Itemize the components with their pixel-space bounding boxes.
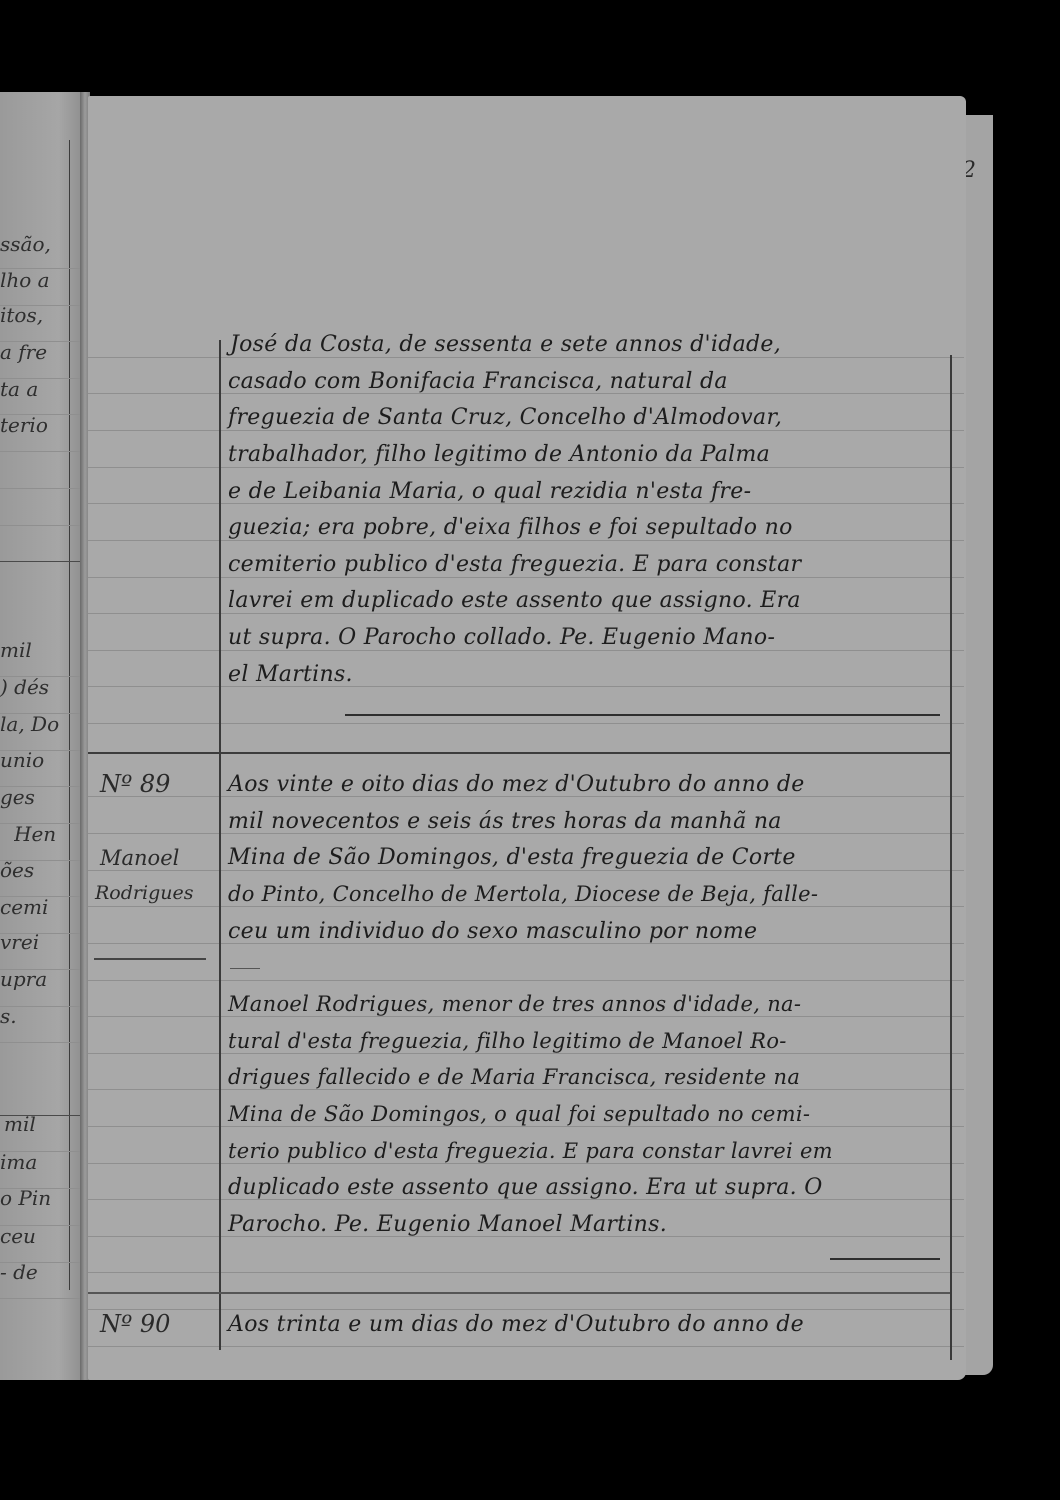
previous-page-text: lho a <box>0 268 68 292</box>
entry-text-line: terio publico d'esta freguezia. E para c… <box>228 1139 833 1163</box>
previous-page-text: mil <box>0 638 68 662</box>
right-margin-line <box>950 355 952 1360</box>
entry-text-line: Mina de São Domingos, d'esta freguezia d… <box>228 845 796 870</box>
previous-page-text: Hen <box>14 822 68 846</box>
entry-text-line: casado com Bonifacia Francisca, natural … <box>228 369 728 394</box>
previous-page-text: itos, <box>0 303 68 327</box>
deceased-name: Rodrigues <box>95 882 193 904</box>
entry-separator <box>88 1292 950 1294</box>
ruled-line <box>0 488 80 489</box>
entry-text-line: Aos trinta e um dias do mez d'Outubro do… <box>228 1312 804 1337</box>
entry-separator <box>88 752 950 754</box>
closing-flourish <box>345 714 940 716</box>
previous-page-text: a fre <box>0 340 68 364</box>
entry-text-line: Aos vinte e oito dias do mez d'Outubro d… <box>228 772 805 797</box>
previous-page-text: ges <box>0 785 68 809</box>
entry-text-line: Mina de São Domingos, o qual foi sepulta… <box>228 1102 810 1126</box>
previous-page-text: o Pin <box>0 1186 68 1210</box>
entry-text-line: José da Costa, de sessenta e sete annos … <box>230 332 781 357</box>
ruled-line <box>0 561 80 562</box>
entry-number: Nº 89 <box>100 770 170 798</box>
entry-text-line: Manoel Rodrigues, menor de tres annos d'… <box>228 992 801 1016</box>
entry-text-line: ut supra. O Parocho collado. Pe. Eugenio… <box>228 625 775 650</box>
closing-flourish <box>830 1258 940 1260</box>
previous-page-margin-line <box>69 140 70 1290</box>
previous-page-text: upra <box>0 967 68 991</box>
entry-text-line: lavrei em duplicado este assento que ass… <box>228 588 801 613</box>
entry-text-line: mil novecentos e seis ás tres horas da m… <box>228 809 782 834</box>
entry-number: Nº 90 <box>100 1310 170 1338</box>
previous-page-text: cemi <box>0 895 68 919</box>
previous-page-text: ões <box>0 858 68 882</box>
entry-text-line: do Pinto, Concelho de Mertola, Diocese d… <box>228 882 818 906</box>
closing-flourish <box>230 968 260 969</box>
previous-page-text: terio <box>0 413 68 437</box>
previous-page-text: vrei <box>0 930 68 954</box>
entry-text-line: tural d'esta freguezia, filho legitimo d… <box>228 1029 787 1053</box>
entry-text-line: el Martins. <box>228 662 353 687</box>
entry-text-line: freguezia de Santa Cruz, Concelho d'Almo… <box>228 405 782 430</box>
previous-page-text: - de <box>0 1260 68 1284</box>
previous-page-text: ) dés <box>0 675 68 699</box>
ruled-line <box>0 525 80 526</box>
ruled-line <box>0 1042 80 1043</box>
previous-page-text: mil <box>4 1112 68 1136</box>
entry-text-line: guezia; era pobre, d'eixa filhos e foi s… <box>228 515 793 540</box>
entry-text-line: drigues fallecido e de Maria Francisca, … <box>228 1065 800 1089</box>
name-underline <box>94 958 206 960</box>
previous-page-text: ceu <box>0 1224 68 1248</box>
previous-page-text: s. <box>0 1004 68 1028</box>
next-page-edge <box>962 115 993 1375</box>
deceased-name: Manoel <box>100 846 179 870</box>
entry-text-line: e de Leibania Maria, o qual rezidia n'es… <box>228 479 751 504</box>
previous-page-text: ssão, <box>0 232 68 256</box>
entry-text-line: Parocho. Pe. Eugenio Manoel Martins. <box>228 1212 667 1237</box>
entry-text-line: ceu um individuo do sexo masculino por n… <box>228 919 757 944</box>
previous-page-text: ta a <box>0 377 78 401</box>
previous-page-text: la, Do <box>0 712 68 736</box>
previous-page-text: ima <box>0 1150 68 1174</box>
entry-text-line: duplicado este assento que assigno. Era … <box>228 1175 823 1200</box>
entry-text-line: cemiterio publico d'esta freguezia. E pa… <box>228 552 801 577</box>
ruled-line <box>0 1298 80 1299</box>
name-column-divider <box>219 340 221 1350</box>
entry-text-line: trabalhador, filho legitimo de Antonio d… <box>228 442 770 467</box>
previous-page-text: unio <box>0 748 68 772</box>
ruled-line <box>0 451 80 452</box>
